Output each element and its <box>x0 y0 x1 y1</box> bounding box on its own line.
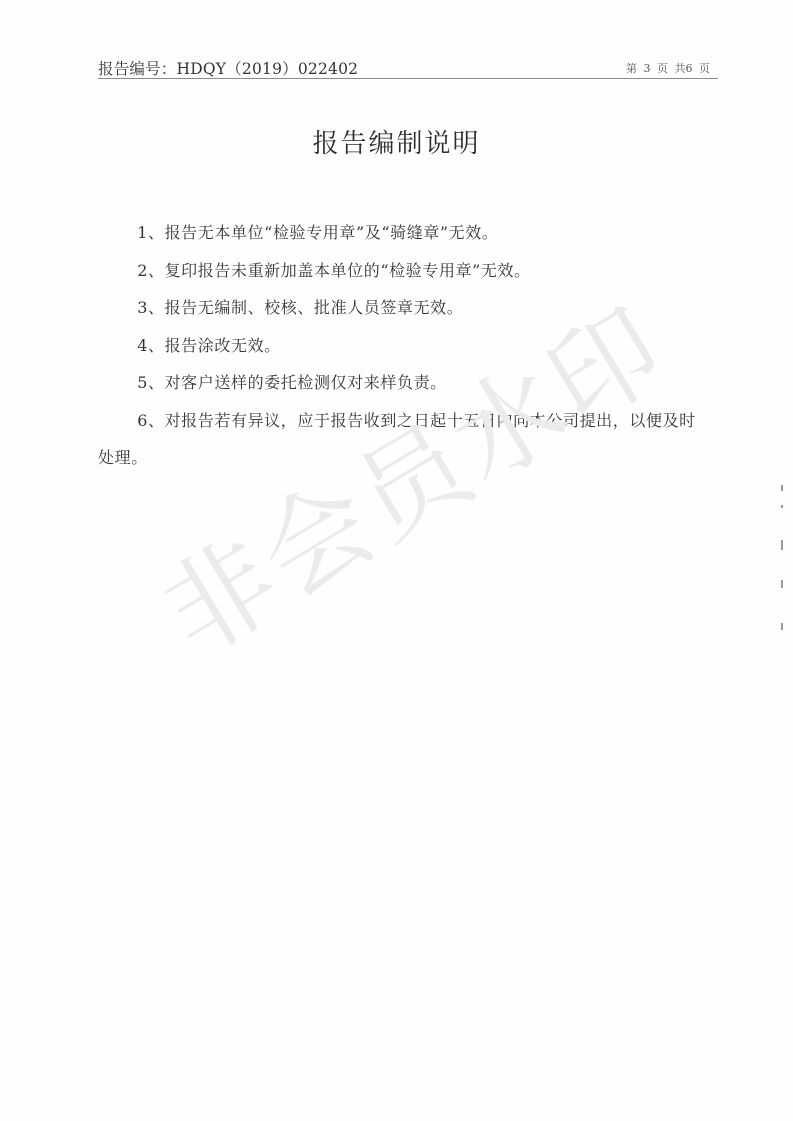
instruction-item: 3、报告无编制、校核、批准人员签章无效。 <box>98 289 698 327</box>
report-number: 报告编号：HDQY（2019）022402 <box>98 57 358 79</box>
header-divider <box>98 78 718 79</box>
instruction-item: 1、报告无本单位“检验专用章”及“骑缝章”无效。 <box>98 214 698 252</box>
page-indicator: 第 3 页 共6 页 <box>626 60 710 76</box>
instruction-item: 4、报告涂改无效。 <box>98 327 698 365</box>
instruction-item: 5、对客户送样的委托检测仅对来样负责。 <box>98 364 698 402</box>
scan-edge-marks <box>781 485 785 635</box>
instructions-list: 1、报告无本单位“检验专用章”及“骑缝章”无效。 2、复印报告未重新加盖本单位的… <box>98 214 698 477</box>
document-page: 报告编号：HDQY（2019）022402 第 3 页 共6 页 报告编制说明 … <box>0 0 793 1121</box>
page-title: 报告编制说明 <box>0 123 793 160</box>
instruction-item: 6、对报告若有异议，应于报告收到之日起十五日内向本公司提出，以便及时处理。 <box>98 402 698 477</box>
instruction-item: 2、复印报告未重新加盖本单位的“检验专用章”无效。 <box>98 252 698 290</box>
